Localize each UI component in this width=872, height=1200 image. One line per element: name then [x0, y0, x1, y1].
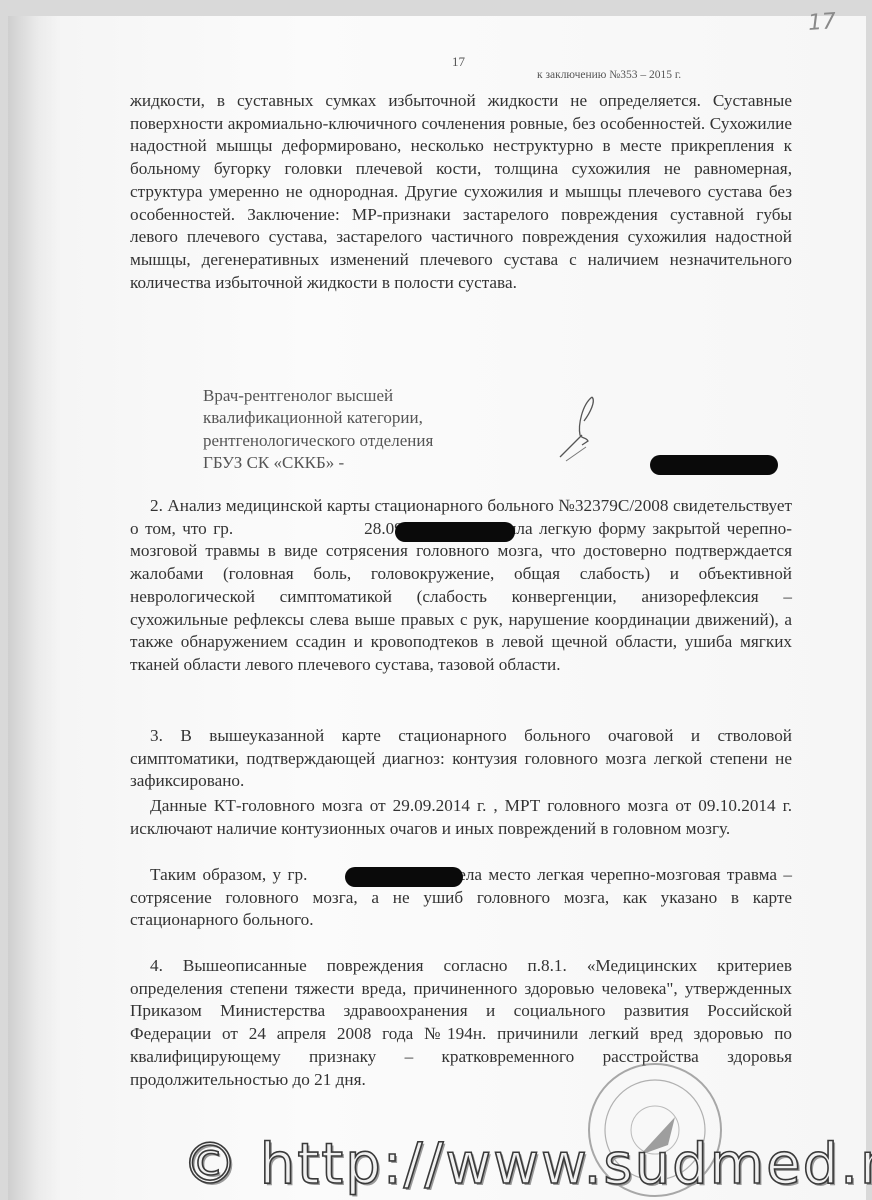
bleed-through-text [360, 330, 800, 352]
section-3-ct-mri-text: Данные КТ-головного мозга от 29.09.2014 … [130, 796, 792, 838]
signature-line-4: ГБУЗ СК «СККБ» - [203, 452, 503, 474]
signature-block: Врач-рентгенолог высшей квалификационной… [203, 385, 503, 475]
redaction-bar [650, 455, 778, 475]
redaction-bar [395, 522, 515, 542]
signature-line-2: квалификационной категории, [203, 407, 503, 429]
signature-line-1: Врач-рентгенолог высшей [203, 385, 503, 407]
redaction-bar [345, 867, 463, 887]
signature-icon [552, 395, 622, 465]
paragraph-continuation: жидкости, в суставных сумках избыточной … [130, 90, 792, 294]
section-3: 3. В вышеуказанной карте стационарного б… [130, 725, 792, 793]
handwritten-page-mark: 17 [807, 9, 837, 36]
signature-line-3: рентгенологического отделения [203, 430, 503, 452]
paragraph-continuation-text: жидкости, в суставных сумках избыточной … [130, 91, 792, 292]
watermark-copyright: © http://www.sudmed.ru [182, 1132, 872, 1197]
header-reference: к заключению №353 – 2015 г. [537, 69, 681, 81]
page-number: 17 [452, 54, 465, 70]
section-3-conclusion-part1: Таким образом, у гр. [150, 865, 307, 884]
scan-edge-shadow [8, 16, 60, 1200]
section-3-text: 3. В вышеуказанной карте стационарного б… [130, 726, 792, 790]
section-3-ct-mri: Данные КТ-головного мозга от 29.09.2014 … [130, 795, 792, 840]
